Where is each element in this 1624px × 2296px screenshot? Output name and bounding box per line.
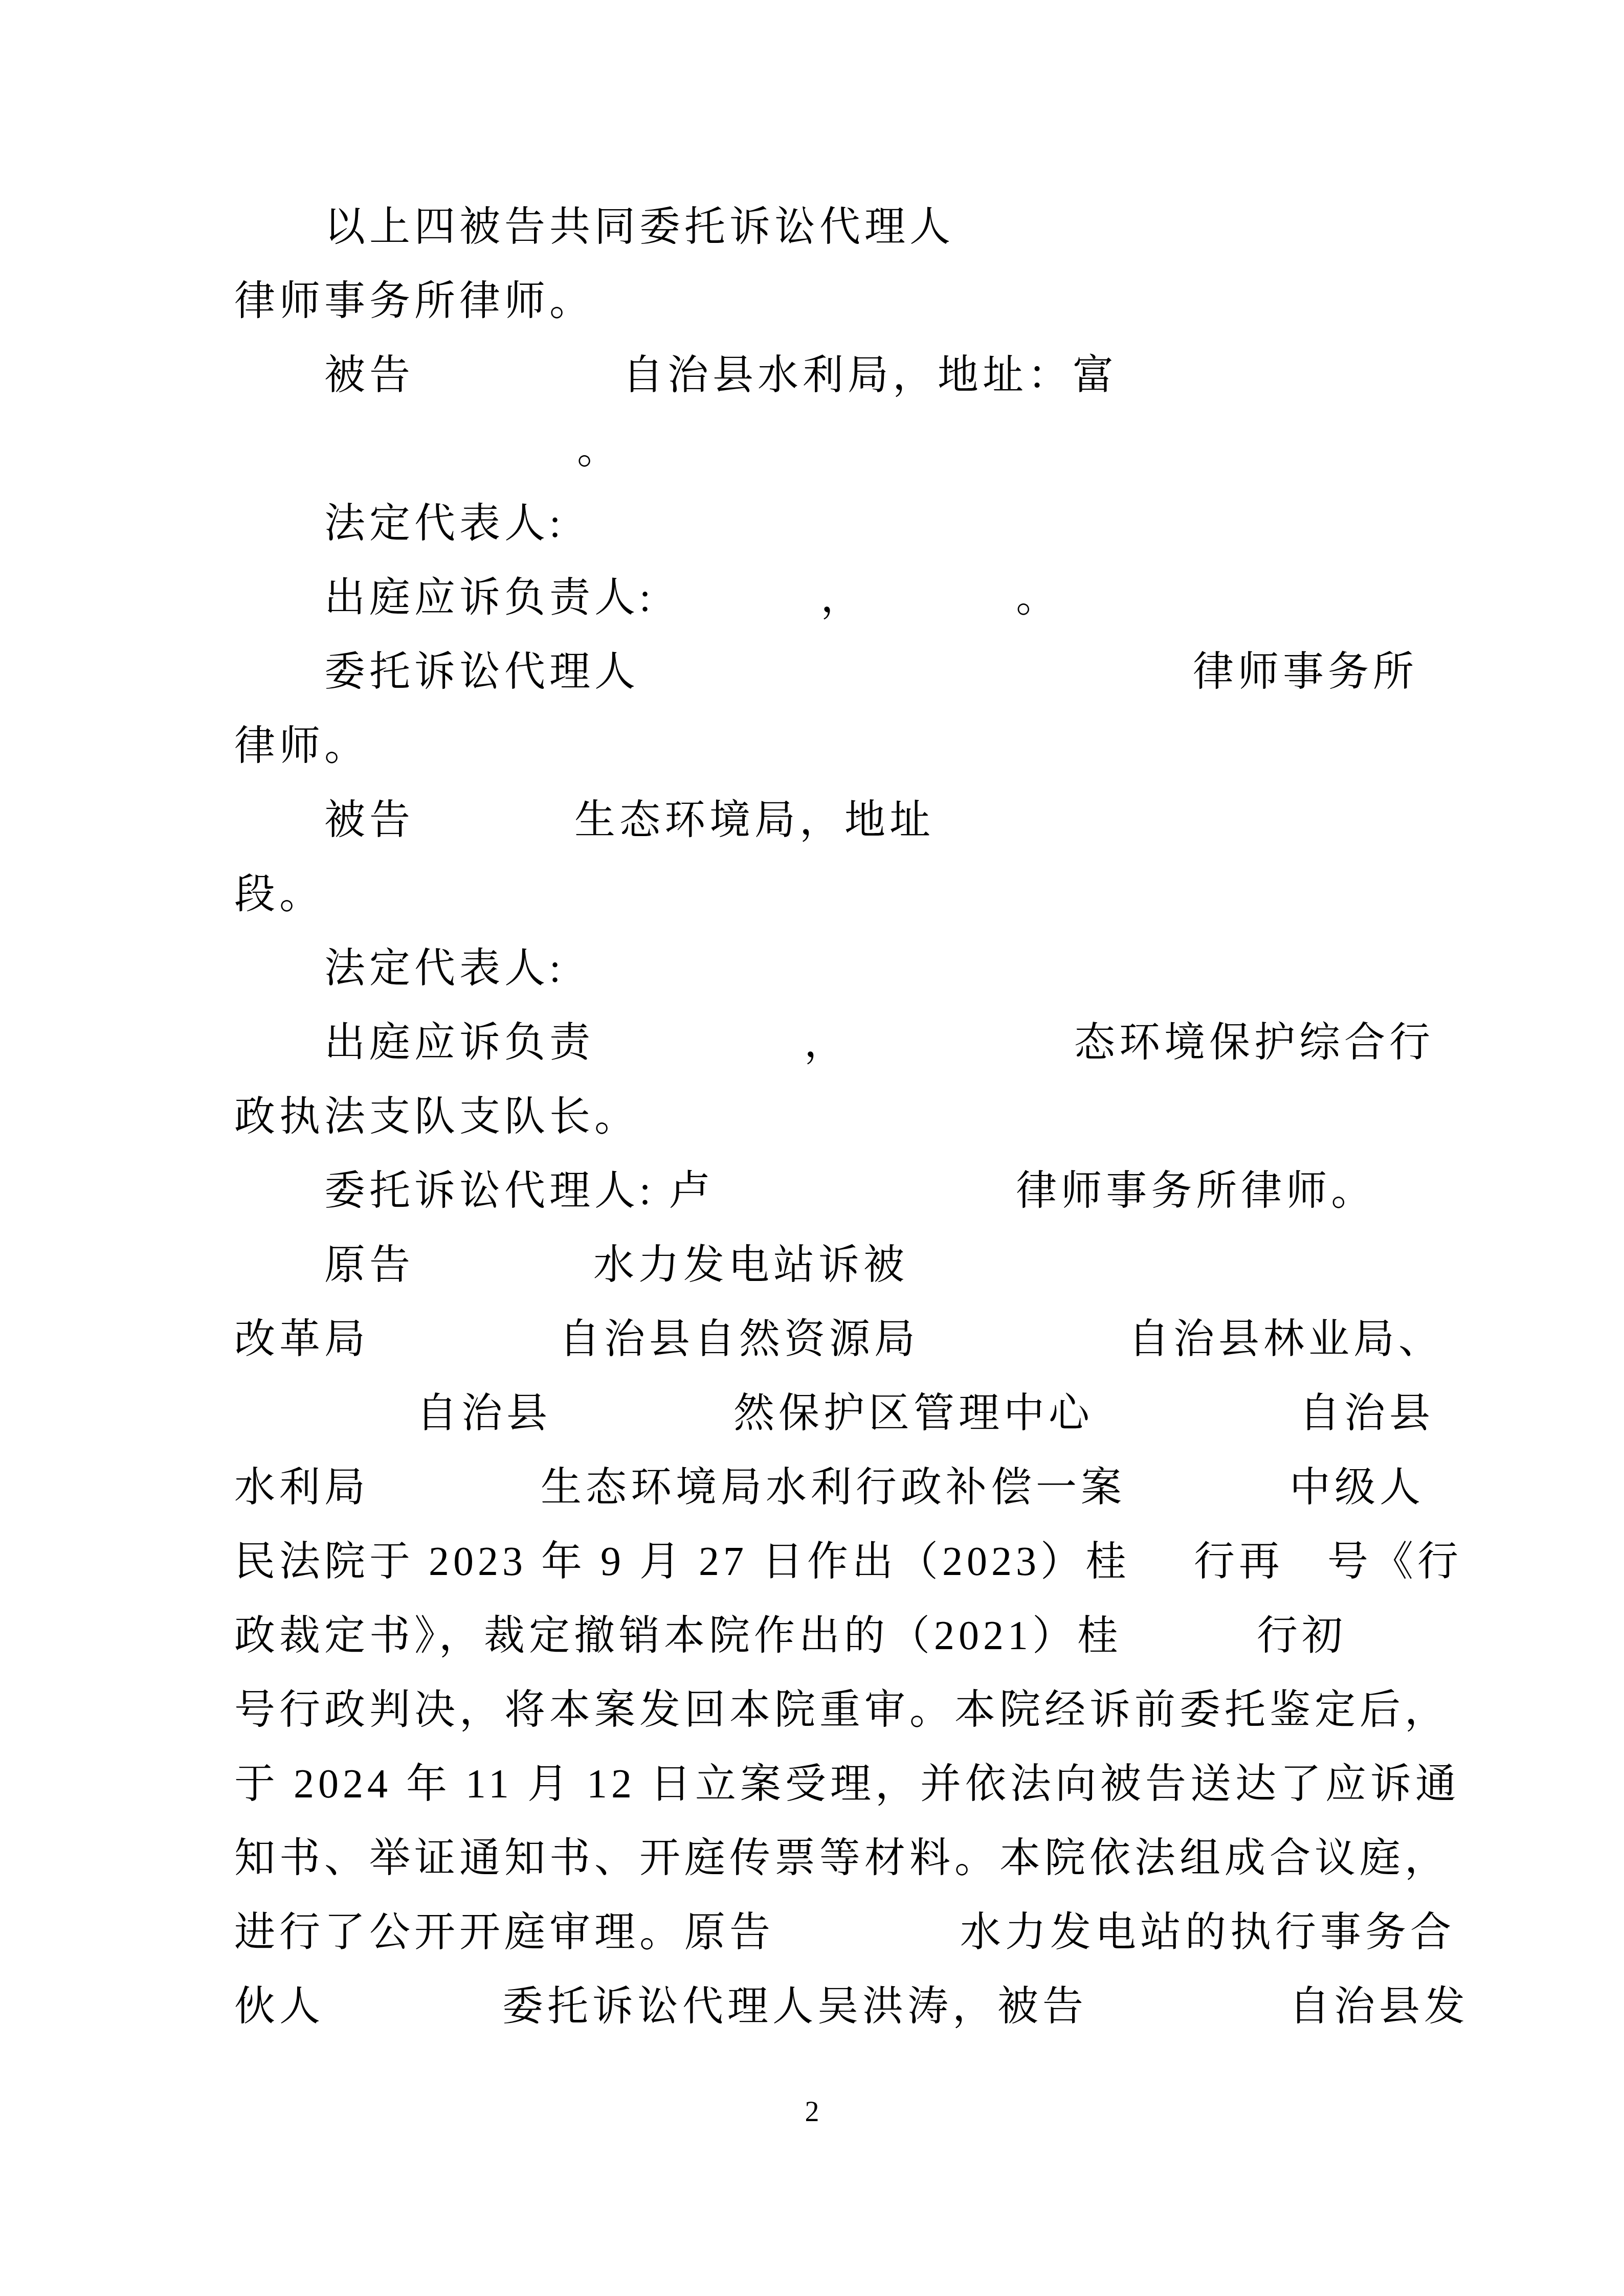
text-segment: 知书、举证通知书、开庭传票等材料。本院依法组成合议庭， [234,1836,1450,1881]
text-segment: ， [820,575,865,620]
redacted-gap [234,1426,416,1427]
document-line: 法定代表人: [234,487,1411,561]
document-line: 民法院于 2023 年 9 月 27 日作出（2023）桂行再号《行 [234,1525,1411,1599]
text-segment: 律师。 [234,724,369,769]
text-segment: 出庭应诉负责人: [324,575,655,620]
document-line: 段。 [234,858,1411,932]
redacted-gap [324,2019,502,2020]
text-segment: 行初 [1257,1613,1347,1658]
redacted-gap [1087,2019,1289,2020]
text-segment: 段。 [234,872,324,917]
text-segment: 水利局 [234,1465,369,1510]
document-line: 委托诉讼代理人律师事务所 [234,635,1411,709]
text-segment: 被告 [324,798,414,843]
text-segment: 民法院于 2023 年 9 月 27 日作出（2023）桂 [234,1539,1130,1584]
redacted-gap [849,1055,1074,1056]
text-segment: 水力发电站的执行事务合 [960,1910,1455,1955]
text-segment: 以上四被告共同委托诉讼代理人 [324,205,954,250]
redacted-gap [655,611,820,611]
document-line: 出庭应诉负责人:，。 [234,561,1411,635]
redacted-gap [1094,1426,1299,1427]
redacted-gap [1122,1649,1257,1649]
document-body: 以上四被告共同委托诉讼代理人 律师事务所律师。 被告自治县水利局，地址：富 。 … [234,190,1411,2044]
text-segment: 自治县 [416,1391,551,1436]
text-segment: 委托诉讼代理人: 卢 [324,1168,714,1213]
text-segment: 于 2024 年 11 月 12 日立案受理，并依法向被告送达了应诉通 [234,1762,1460,1807]
redacted-gap [774,1945,960,1946]
redacted-gap [551,1426,733,1427]
document-line: 原告水力发电站诉被 [234,1228,1411,1302]
redacted-gap [594,1055,804,1056]
document-line: 出庭应诉负责，态环境保护综合行 [234,1006,1411,1080]
text-segment: 进行了公开开庭审理。原告 [234,1910,774,1955]
text-segment: ， [804,1020,849,1065]
text-segment: 律师事务所律师。 [234,279,594,324]
text-segment: 水力发电站诉被 [593,1243,908,1288]
redacted-gap [414,388,622,389]
document-line: 政执法支队支队长。 [234,1080,1411,1154]
document-line: 政裁定书》，裁定撤销本院作出的（2021）桂行初 [234,1599,1411,1673]
text-segment: 伙人 [234,1984,324,2029]
redacted-gap [414,833,574,834]
text-segment: 委托诉讼代理人吴洪涛，被告 [502,1984,1087,2029]
redacted-gap [369,1500,541,1501]
text-segment: 律师事务所 [1193,649,1418,694]
document-line: 被告生态环境局，地址 [234,783,1411,858]
document-line: 。 [234,413,1411,487]
document-line: 号行政判决，将本案发回本院重审。本院经诉前委托鉴定后， [234,1673,1411,1747]
text-segment: 生态环境局，地址 [574,798,935,843]
text-segment: 原告 [324,1243,414,1288]
document-line: 进行了公开开庭审理。原告水力发电站的执行事务合 [234,1896,1411,1970]
text-segment: 态环境保护综合行 [1074,1020,1434,1065]
document-line: 改革局自治县自然资源局自治县林业局、 [234,1302,1411,1377]
document-line: 知书、举证通知书、开庭传票等材料。本院依法组成合议庭， [234,1821,1411,1896]
text-segment: 自治县 [1299,1391,1434,1436]
page-number: 2 [0,2096,1624,2128]
redacted-gap [919,1352,1128,1353]
document-line: 水利局生态环境局水利行政补偿一案中级人 [234,1451,1411,1525]
text-segment: 政裁定书》，裁定撤销本院作出的（2021）桂 [234,1613,1122,1658]
text-segment: 自治县自然资源局 [559,1317,919,1362]
text-segment: 自治县发 [1289,1984,1469,2029]
text-segment: 法定代表人: [324,946,565,991]
redacted-gap [1130,1574,1194,1575]
text-segment: 改革局 [234,1317,369,1362]
document-line: 委托诉讼代理人: 卢律师事务所律师。 [234,1154,1411,1228]
document-line: 伙人委托诉讼代理人吴洪涛，被告自治县发 [234,1970,1411,2044]
text-segment: 自治县林业局、 [1128,1317,1443,1362]
document-line: 以上四被告共同委托诉讼代理人 [234,190,1411,264]
text-segment: 法定代表人: [324,501,565,546]
text-segment: 。 [1016,575,1061,620]
document-line: 律师。 [234,709,1411,783]
document-line: 自治县然保护区管理中心自治县 [234,1377,1411,1451]
text-segment: 号《行 [1327,1539,1462,1584]
text-segment: 出庭应诉负责 [324,1020,594,1065]
text-segment: 自治县水利局，地址：富 [622,353,1118,398]
document-page: 以上四被告共同委托诉讼代理人 律师事务所律师。 被告自治县水利局，地址：富 。 … [0,0,1624,2296]
redacted-gap [414,1278,593,1278]
text-segment: 生态环境局水利行政补偿一案 [541,1465,1126,1510]
text-segment: 政执法支队支队长。 [234,1094,639,1139]
document-line: 法定代表人: [234,932,1411,1006]
text-segment: 中级人 [1289,1465,1425,1510]
document-line: 被告自治县水利局，地址：富 [234,339,1411,413]
redacted-gap [369,1352,559,1353]
text-segment: 号行政判决，将本案发回本院重审。本院经诉前委托鉴定后， [234,1687,1450,1732]
redacted-gap [639,685,1193,685]
text-segment: 委托诉讼代理人 [324,649,639,694]
document-line: 于 2024 年 11 月 12 日立案受理，并依法向被告送达了应诉通 [234,1747,1411,1821]
text-segment: 行再 [1194,1539,1284,1584]
redacted-gap [714,1204,1016,1204]
text-segment: 律师事务所律师。 [1016,1168,1376,1213]
redacted-gap [1126,1500,1289,1501]
text-segment: 。 [577,427,622,472]
redacted-gap [234,462,577,463]
redacted-gap [865,611,1016,611]
redacted-gap [1284,1574,1327,1575]
text-segment: 被告 [324,353,414,398]
document-line: 律师事务所律师。 [234,264,1411,339]
text-segment: 然保护区管理中心 [733,1391,1094,1436]
